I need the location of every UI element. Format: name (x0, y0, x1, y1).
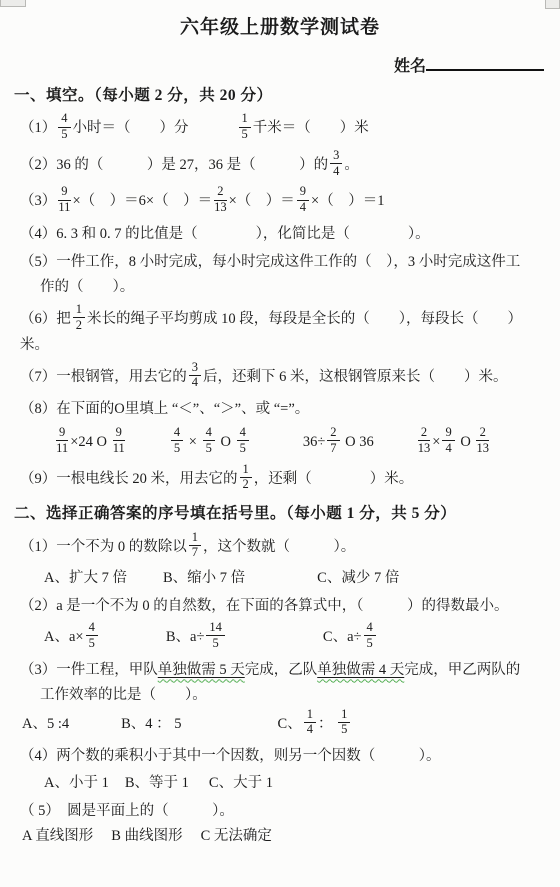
fraction: 15 (338, 708, 350, 738)
name-blank-line (426, 57, 544, 71)
s1-question-6: （6）把12米长的绳子平均剪成 10 段，每段是全长的（ ），每段长（ ）米。 (14, 305, 546, 356)
fraction: 12 (240, 463, 252, 493)
s2-question-1-options: A、扩大 7 倍B、缩小 7 倍C、减少 7 倍 (14, 568, 546, 589)
fraction: 213 (418, 426, 431, 456)
text-run: × (432, 434, 440, 450)
text-run: ×（ ）＝ (229, 194, 295, 210)
text-run: （2）a 是一个不为 0 的自然数，在下面的各算式中，（ ）的得数最小。 (20, 598, 509, 614)
spacer (69, 727, 121, 728)
text-run: B 曲线图形 (111, 828, 182, 844)
fraction: 12 (73, 303, 85, 333)
text-run: （7）一根钢管，用去它的 (20, 369, 187, 385)
text-run: A、5 :4 (22, 716, 69, 732)
fraction: 45 (237, 426, 249, 456)
s1-question-8: （8）在下面的O里填上 “＜”、“＞”、或 “=”。 (14, 399, 546, 420)
spacer (227, 640, 323, 641)
fraction: 213 (476, 426, 489, 456)
s1-question-3: （3）911×（ ）＝6×（ ）＝213×（ ）＝94×（ ）＝1 (14, 187, 546, 217)
text-run: （4）6. 3 和 0. 7 的比值是（ ），化简比是（ ）。 (20, 226, 430, 242)
spacer (182, 727, 278, 728)
text-run: O 36 (342, 434, 374, 450)
text-run: （3） (20, 194, 56, 210)
s2-question-1: （1）一个不为 0 的数除以17，这个数就（ ）。 (14, 533, 546, 563)
text-run: × (185, 434, 200, 450)
s1-question-7: （7）一根钢管，用去它的34后，还剩下 6 米，这根钢管原来长（ ）米。 (14, 363, 546, 393)
fraction: 34 (189, 361, 201, 391)
content: 一、填空。（每小题 2 分，共 20 分）（1）45小时＝（ ）分15千米＝（ … (14, 85, 546, 847)
s2-question-2-options: A、a×45B、a÷145C、a÷45 (14, 623, 546, 653)
text-run: （2）36 的（ ）是 27，36 是（ ）的 (20, 157, 328, 173)
s1-question-8-expressions: 911×24 O 91145 × 45 O 4536÷27 O 36213×94… (14, 428, 546, 458)
text-run: （8）在下面的O里填上 “＜”、“＞”、或 “=”。 (20, 401, 309, 417)
text-run: （3）一件工程，甲队 (20, 662, 158, 678)
text-run: ： (318, 716, 336, 732)
s1-question-2: （2）36 的（ ）是 27，36 是（ ）的34。 (14, 151, 546, 181)
s2-question-2: （2）a 是一个不为 0 的自然数，在下面的各算式中，（ ）的得数最小。 (14, 596, 546, 617)
fraction: 94 (297, 185, 309, 215)
text-run: A、扩大 7 倍 (44, 570, 127, 586)
s1-question-5-line2: 作的（ ）。 (14, 277, 546, 298)
text-run: （4）两个数的乘积小于其中一个因数，则另一个因数（ ）。 (20, 748, 441, 764)
fraction: 15 (239, 112, 251, 142)
text-run: 后，还剩下 6 米，这根钢管原来长（ ）米。 (203, 369, 508, 385)
s1-question-9: （9）一根电线长 20 米，用去它的12，还剩（ ）米。 (14, 465, 546, 495)
underlined-phrase: 单独做需 5 天 (158, 662, 245, 678)
fraction: 911 (56, 426, 68, 456)
s1-question-5-line1: （5）一件工作，8 小时完成，每小时完成这件工作的（ ），3 小时完成这件工 (14, 252, 546, 273)
text-run: C、 (278, 716, 302, 732)
s2-question-3-line1: （3）一件工程，甲队单独做需 5 天完成，乙队单独做需 4 天完成，甲乙两队的 (14, 660, 546, 681)
section1-heading: 一、填空。（每小题 2 分，共 20 分） (14, 85, 546, 107)
text-run: ×（ ）＝1 (311, 194, 384, 210)
text-run: 。 (344, 157, 359, 173)
text-run: 一、填空。（每小题 2 分，共 20 分） (14, 87, 273, 104)
text-run: C、大于 1 (209, 775, 273, 791)
underlined-phrase: 单独做需 4 天 (317, 662, 404, 678)
spacer (109, 786, 125, 787)
text-run: 作的（ ）。 (40, 279, 134, 295)
fraction: 45 (203, 426, 215, 456)
text-run: 二、选择正确答案的序号填在括号里。（每小题 1 分，共 5 分） (14, 505, 456, 522)
fraction: 45 (58, 112, 70, 142)
text-run: C 无法确定 (201, 828, 272, 844)
text-run: ×（ ）＝6×（ ）＝ (73, 194, 213, 210)
s2-question-5-options: A 直线图形B 曲线图形C 无法确定 (14, 826, 546, 847)
name-label: 姓名 (394, 58, 426, 75)
text-run: （1） (20, 121, 56, 137)
spacer (245, 581, 317, 582)
text-run: C、减少 7 倍 (317, 570, 399, 586)
text-run: B、a÷ (166, 629, 205, 645)
text-run: O (457, 434, 475, 450)
text-run: （6）把 (20, 311, 71, 327)
text-run: A、小于 1 (44, 775, 109, 791)
spacer (100, 640, 166, 641)
text-run: 完成，甲乙两队的 (404, 662, 520, 678)
spacer (374, 445, 416, 446)
spacer (189, 786, 209, 787)
fraction: 45 (86, 621, 98, 651)
fraction: 34 (330, 149, 342, 179)
fraction: 145 (206, 621, 225, 651)
section2-heading: 二、选择正确答案的序号填在括号里。（每小题 1 分，共 5 分） (14, 503, 546, 525)
scan-artifact-top-left (0, 0, 26, 7)
spacer (251, 445, 303, 446)
scan-artifact-top-right (545, 0, 560, 9)
text-run: A、a× (44, 629, 84, 645)
fraction: 17 (189, 531, 201, 561)
name-row: 姓名 (14, 53, 544, 76)
fraction: 14 (304, 708, 316, 738)
text-run: B、缩小 7 倍 (163, 570, 245, 586)
text-run: 千米＝（ ）米 (253, 121, 369, 137)
fraction: 213 (214, 185, 227, 215)
text-run: B、4 ： 5 (121, 716, 181, 732)
s2-question-5: （ 5） 圆是平面上的（ ）。 (14, 801, 546, 822)
text-run: 米长的绳子平均剪成 10 段，每段是全长的（ ），每段长（ ）米。 (20, 311, 522, 352)
text-run: O (217, 434, 235, 450)
text-run: （5）一件工作，8 小时完成，每小时完成这件工作的（ ），3 小时完成这件工 (20, 254, 520, 270)
text-run: ×24 O (70, 434, 110, 450)
s2-question-3-options: A、5 :4B、4 ： 5C、14： 15 (14, 710, 546, 740)
s1-question-4: （4）6. 3 和 0. 7 的比值是（ ），化简比是（ ）。 (14, 224, 546, 245)
text-run: ，这个数就（ ）。 (203, 539, 355, 555)
text-run: 工作效率的比是（ ）。 (40, 687, 207, 703)
s2-question-4-options: A、小于 1B、等于 1C、大于 1 (14, 773, 546, 794)
text-run: C、a÷ (323, 629, 362, 645)
fraction: 911 (113, 426, 125, 456)
spacer (127, 581, 163, 582)
page-title: 六年级上册数学测试卷 (14, 12, 546, 39)
spacer (93, 839, 111, 840)
text-run: （ 5） 圆是平面上的（ ）。 (20, 803, 234, 819)
fraction: 27 (327, 426, 339, 456)
s2-question-4: （4）两个数的乘积小于其中一个因数，则另一个因数（ ）。 (14, 746, 546, 767)
fraction: 45 (364, 621, 376, 651)
text-run: B、等于 1 (125, 775, 189, 791)
text-run: （9）一根电线长 20 米，用去它的 (20, 471, 238, 487)
text-run: A 直线图形 (22, 828, 93, 844)
spacer (127, 445, 169, 446)
s2-question-3-line2: 工作效率的比是（ ）。 (14, 685, 546, 706)
fraction: 911 (58, 185, 70, 215)
text-run: ，还剩（ ）米。 (254, 471, 414, 487)
text-run: （1）一个不为 0 的数除以 (20, 539, 187, 555)
fraction: 45 (171, 426, 183, 456)
text-run: 36÷ (303, 434, 325, 450)
test-paper: 六年级上册数学测试卷 姓名 一、填空。（每小题 2 分，共 20 分）（1）45… (0, 0, 560, 887)
fraction: 94 (442, 426, 454, 456)
spacer (189, 132, 237, 133)
spacer (183, 839, 201, 840)
text-run: 完成，乙队 (245, 662, 318, 678)
s1-question-1: （1）45小时＝（ ）分15千米＝（ ）米 (14, 114, 546, 144)
text-run: 小时＝（ ）分 (73, 121, 189, 137)
